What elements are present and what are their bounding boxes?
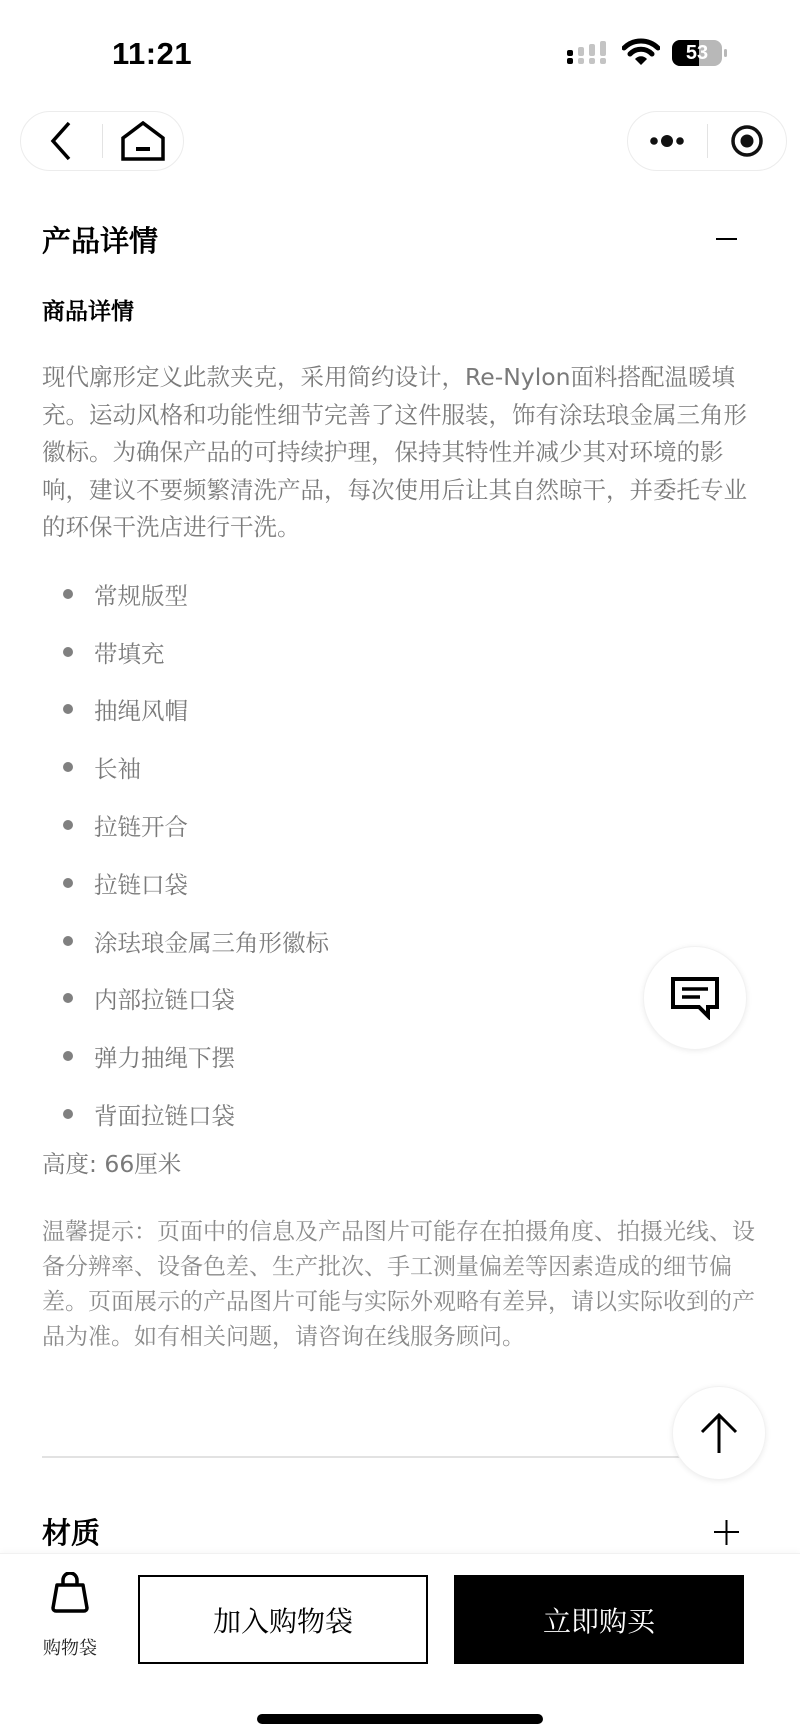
close-miniprogram-icon <box>730 124 764 158</box>
wifi-icon <box>622 38 660 66</box>
warm-tips: 温馨提示：页面中的信息及产品图片可能存在拍摄角度、拍摄光线、设备分辨率、设备色差… <box>42 1215 762 1355</box>
add-to-bag-button[interactable]: 加入购物袋 <box>138 1575 428 1664</box>
cellular-signal-icon <box>567 41 609 65</box>
buy-now-button[interactable]: 立即购买 <box>454 1575 744 1664</box>
bullet-icon <box>63 1109 73 1119</box>
shopping-bag-label: 购物袋 <box>43 1634 97 1660</box>
product-height: 高度: 66厘米 <box>42 1145 181 1179</box>
feature-list: 常规版型 带填充 抽绳风帽 长袖 拉链开合 拉链口袋 涂珐琅金属三角形徽标 内部… <box>42 565 329 1143</box>
back-icon <box>50 121 72 161</box>
product-description: 现代廓形定义此款夹克，采用简约设计，Re-Nylon面料搭配温暖填充。运动风格和… <box>42 359 758 547</box>
bullet-icon <box>63 704 73 714</box>
list-item: 带填充 <box>42 623 329 681</box>
back-to-top-button[interactable] <box>672 1386 766 1480</box>
bullet-icon <box>63 589 73 599</box>
feature-text: 拉链口袋 <box>94 866 188 900</box>
bottom-action-bar: 购物袋 加入购物袋 立即购买 <box>0 1553 800 1734</box>
back-button[interactable] <box>21 112 102 170</box>
section-title-product-details[interactable]: 产品详情 <box>42 219 158 260</box>
bullet-icon <box>63 762 73 772</box>
more-icon <box>649 134 685 148</box>
bullet-icon <box>63 878 73 888</box>
shopping-bag-tab[interactable]: 购物袋 <box>30 1572 110 1668</box>
subsection-title: 商品详情 <box>42 293 134 326</box>
list-item: 抽绳风帽 <box>42 681 329 739</box>
list-item: 内部拉链口袋 <box>42 970 329 1028</box>
list-item: 背面拉链口袋 <box>42 1085 329 1143</box>
section-divider <box>42 1456 702 1458</box>
chat-icon <box>670 976 720 1020</box>
status-time: 11:21 <box>112 36 192 72</box>
arrow-up-icon <box>699 1411 739 1455</box>
bullet-icon <box>63 936 73 946</box>
minus-icon[interactable] <box>710 226 742 252</box>
bullet-icon <box>63 820 73 830</box>
close-miniprogram-button[interactable] <box>708 112 787 170</box>
feature-text: 涂珐琅金属三角形徽标 <box>94 924 329 958</box>
list-item: 长袖 <box>42 738 329 796</box>
bullet-icon <box>63 1051 73 1061</box>
battery-indicator: 53 <box>672 40 728 66</box>
list-item: 拉链口袋 <box>42 854 329 912</box>
feature-text: 抽绳风帽 <box>94 692 188 726</box>
more-button[interactable] <box>628 112 707 170</box>
feature-text: 带填充 <box>94 635 165 669</box>
menu-capsule <box>627 111 787 171</box>
list-item: 涂珐琅金属三角形徽标 <box>42 912 329 970</box>
home-button[interactable] <box>103 112 184 170</box>
section-title-material[interactable]: 材质 <box>42 1511 100 1552</box>
battery-level: 53 <box>672 40 722 66</box>
list-item: 拉链开合 <box>42 796 329 854</box>
feature-text: 内部拉链口袋 <box>94 981 235 1015</box>
bullet-icon <box>63 993 73 1003</box>
customer-service-button[interactable] <box>643 946 747 1050</box>
nav-capsule <box>20 111 184 171</box>
list-item: 常规版型 <box>42 565 329 623</box>
bullet-icon <box>63 647 73 657</box>
feature-text: 拉链开合 <box>94 808 188 842</box>
home-indicator[interactable] <box>257 1714 543 1724</box>
feature-text: 背面拉链口袋 <box>94 1097 235 1131</box>
feature-text: 长袖 <box>94 750 141 784</box>
home-icon <box>121 121 165 161</box>
list-item: 弹力抽绳下摆 <box>42 1027 329 1085</box>
feature-text: 常规版型 <box>94 577 188 611</box>
plus-icon[interactable] <box>710 1516 742 1548</box>
feature-text: 弹力抽绳下摆 <box>94 1039 235 1073</box>
shopping-bag-icon <box>49 1572 91 1614</box>
